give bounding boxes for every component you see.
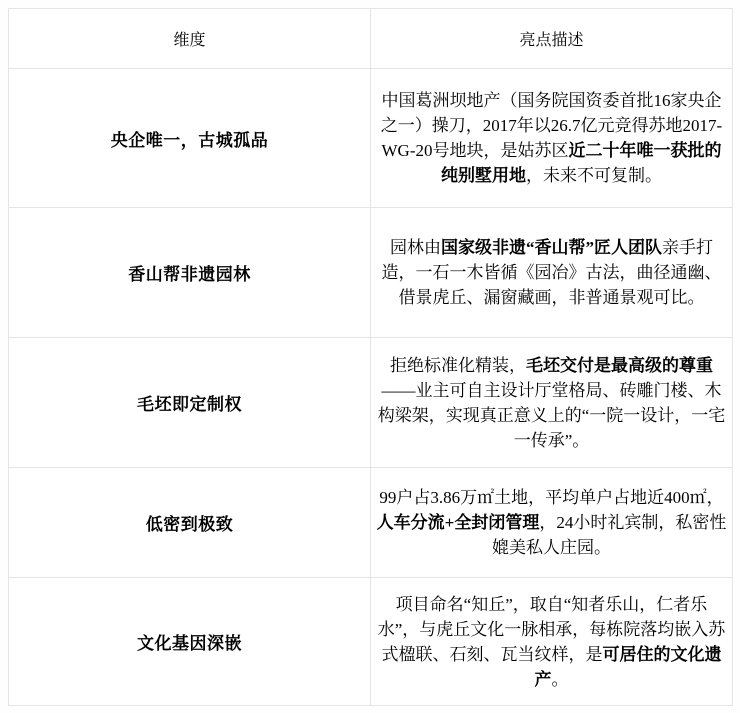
feature-table: 维度 亮点描述 央企唯一，古城孤品 中国葛洲坝地产（国务院国资委首批16家央企之… xyxy=(8,8,733,706)
table-row: 毛坯即定制权 拒绝标准化精装，毛坯交付是最高级的尊重——业主可自主设计厅堂格局、… xyxy=(9,338,733,468)
description-segment: 园林由 xyxy=(390,238,441,257)
dimension-cell: 低密到极致 xyxy=(9,468,371,578)
table-row: 低密到极致 99户占3.86万㎡土地，平均单户占地近400㎡，人车分流+全封闭管… xyxy=(9,468,733,578)
dimension-cell: 毛坯即定制权 xyxy=(9,338,371,468)
description-bold-segment: 国家级非遗“香山帮”匠人团队 xyxy=(441,238,662,257)
table-row: 央企唯一，古城孤品 中国葛洲坝地产（国务院国资委首批16家央企之一）操刀，201… xyxy=(9,69,733,208)
dimension-cell: 香山帮非遗园林 xyxy=(9,208,371,338)
description-cell: 项目命名“知丘”，取自“知者乐山，仁者乐水”，与虎丘文化一脉相承，每栋院落均嵌入… xyxy=(371,578,733,706)
page: 维度 亮点描述 央企唯一，古城孤品 中国葛洲坝地产（国务院国资委首批16家央企之… xyxy=(0,0,740,713)
description-bold-segment: 人车分流+全封闭管理 xyxy=(377,513,540,532)
description-segment: 拒绝标准化精装， xyxy=(390,356,526,375)
description-segment: ——业主可自主设计厅堂格局、砖雕门楼、木构梁架，实现真正意义上的“一院一设计，一… xyxy=(378,381,726,450)
description-cell: 中国葛洲坝地产（国务院国资委首批16家央企之一）操刀，2017年以26.7亿元竞… xyxy=(371,69,733,208)
header-row: 维度 亮点描述 xyxy=(9,9,733,69)
table-row: 文化基因深嵌 项目命名“知丘”，取自“知者乐山，仁者乐水”，与虎丘文化一脉相承，… xyxy=(9,578,733,706)
description-segment: 。 xyxy=(552,670,569,689)
description-segment: 99户占3.86万㎡土地，平均单户占地近400㎡， xyxy=(379,488,723,507)
description-cell: 园林由国家级非遗“香山帮”匠人团队亲手打造，一石一木皆循《园冶》古法，曲径通幽、… xyxy=(371,208,733,338)
description-segment: ，未来不可复制。 xyxy=(526,166,662,185)
dimension-cell: 央企唯一，古城孤品 xyxy=(9,69,371,208)
table-body: 央企唯一，古城孤品 中国葛洲坝地产（国务院国资委首批16家央企之一）操刀，201… xyxy=(9,69,733,706)
description-cell: 99户占3.86万㎡土地，平均单户占地近400㎡，人车分流+全封闭管理，24小时… xyxy=(371,468,733,578)
description-cell: 拒绝标准化精装，毛坯交付是最高级的尊重——业主可自主设计厅堂格局、砖雕门楼、木构… xyxy=(371,338,733,468)
column-header-dimension: 维度 xyxy=(9,9,371,69)
dimension-cell: 文化基因深嵌 xyxy=(9,578,371,706)
column-header-description: 亮点描述 xyxy=(371,9,733,69)
table-row: 香山帮非遗园林 园林由国家级非遗“香山帮”匠人团队亲手打造，一石一木皆循《园冶》… xyxy=(9,208,733,338)
description-bold-segment: 毛坯交付是最高级的尊重 xyxy=(526,356,713,375)
